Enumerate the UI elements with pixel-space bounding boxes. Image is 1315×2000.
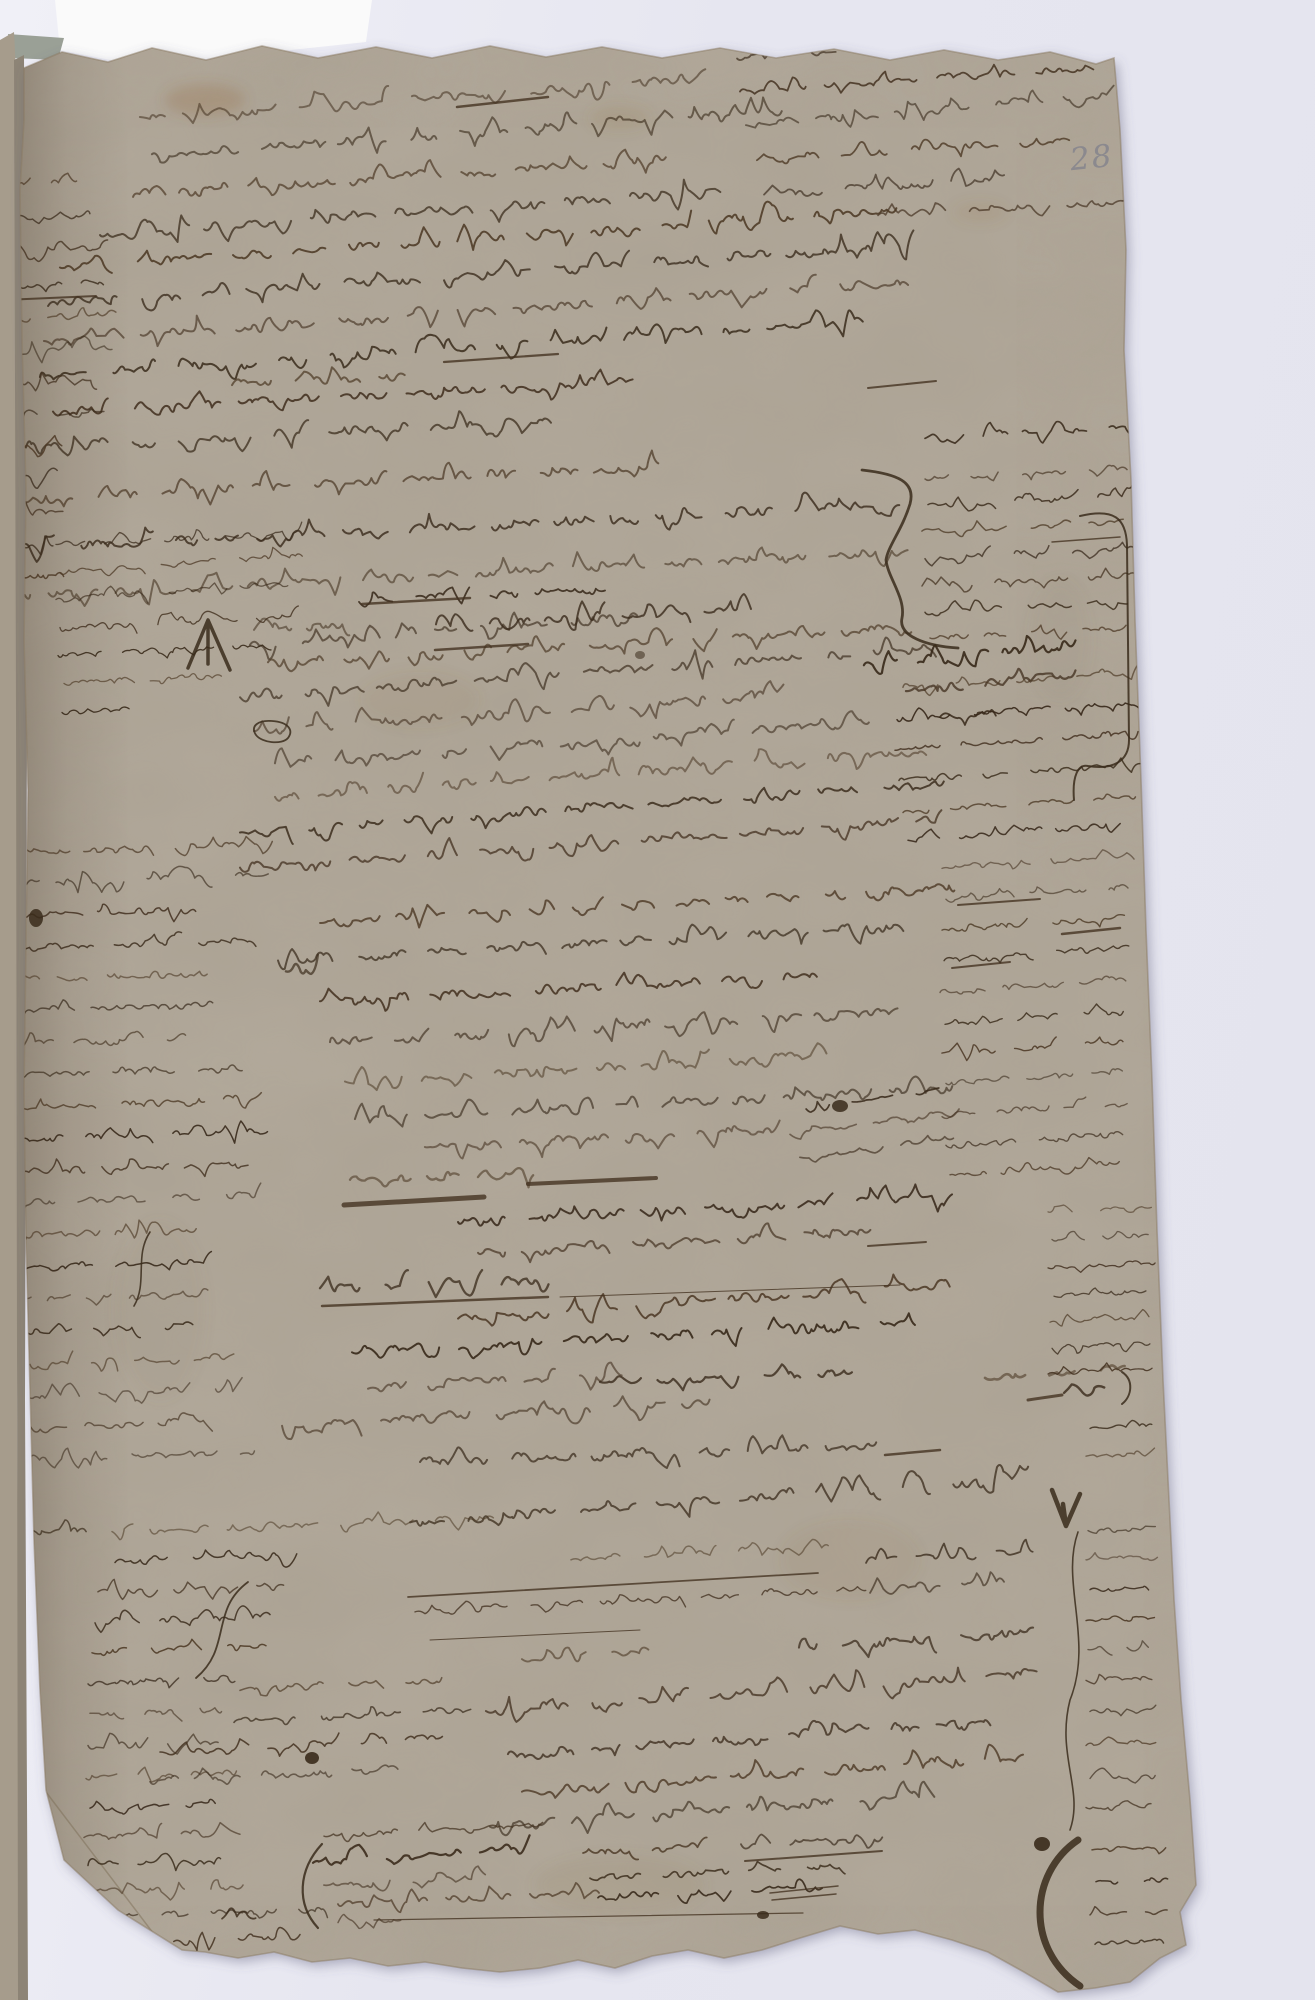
ink-blot	[1034, 1837, 1050, 1851]
manuscript-rendering	[0, 0, 1315, 2000]
paper-stain	[115, 1220, 205, 1400]
paper-stain	[954, 202, 1006, 222]
ink-blot	[757, 1911, 769, 1919]
gutter-shading	[18, 40, 128, 2000]
page-number: 28	[1068, 138, 1115, 178]
ink-blot	[832, 1100, 848, 1112]
ink-blot	[305, 1752, 319, 1764]
paper-stain	[535, 1855, 705, 1915]
ink-blot	[29, 909, 43, 927]
scanned-manuscript-page: 28	[0, 0, 1315, 2000]
paper-stain	[1030, 580, 1090, 700]
paper-stain	[165, 84, 245, 116]
paper-stain	[590, 106, 650, 130]
ink-blot	[635, 651, 645, 659]
